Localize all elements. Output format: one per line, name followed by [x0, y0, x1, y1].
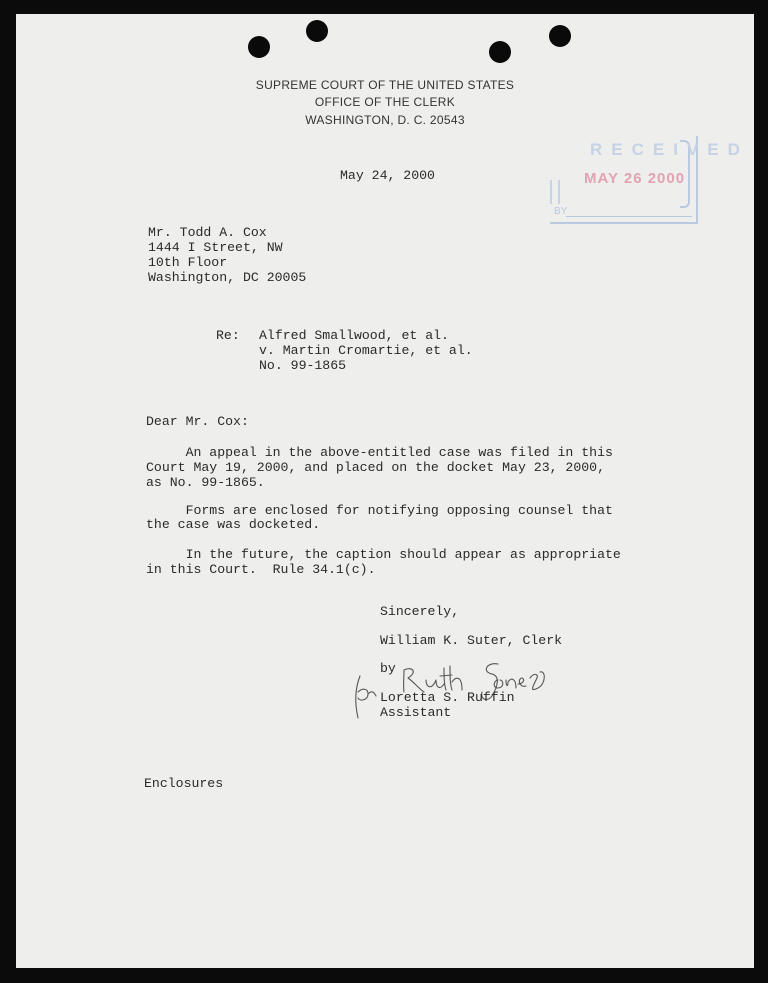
salutation: Dear Mr. Cox: [146, 414, 249, 429]
re-line-2: v. Martin Cromartie, et al. [259, 343, 473, 358]
valediction: Sincerely, [380, 604, 459, 619]
paragraph-line: An appeal in the above-entitled case was… [146, 445, 613, 460]
enclosures-note: Enclosures [144, 776, 223, 791]
re-label: Re: [216, 328, 240, 343]
letterhead-court: SUPREME COURT OF THE UNITED STATES [16, 78, 754, 92]
paragraph-line: in this Court. Rule 34.1(c). [146, 562, 376, 577]
punch-hole [306, 20, 328, 42]
recipient-city: Washington, DC 20005 [148, 270, 306, 285]
stamp-by-line [566, 216, 692, 217]
recipient-floor: 10th Floor [148, 255, 227, 270]
recipient-street: 1444 I Street, NW [148, 240, 283, 255]
paragraph-line: Court May 19, 2000, and placed on the do… [146, 460, 605, 475]
letterhead-office: OFFICE OF THE CLERK [16, 95, 754, 109]
punch-hole [489, 41, 511, 63]
paragraph-line: as No. 99-1865. [146, 475, 265, 490]
re-line-3: No. 99-1865 [259, 358, 346, 373]
punch-hole [248, 36, 270, 58]
stamp-title: RECEIVED [590, 140, 749, 160]
paragraph-line: the case was docketed. [146, 517, 320, 532]
received-stamp: RECEIVED MAY 26 2000 BY [550, 136, 698, 224]
recipient-name: Mr. Todd A. Cox [148, 225, 267, 240]
re-line-1: Alfred Smallwood, et al. [259, 328, 449, 343]
paragraph-line: In the future, the caption should appear… [146, 547, 621, 562]
assistant-name: Loretta S. Ruffin [380, 690, 515, 705]
paragraph-line: Forms are enclosed for notifying opposin… [146, 503, 613, 518]
letter-date: May 24, 2000 [340, 168, 435, 183]
stamp-date: MAY 26 2000 [584, 170, 685, 187]
letterhead-address: WASHINGTON, D. C. 20543 [16, 113, 754, 127]
punch-hole [549, 25, 571, 47]
signer-name: William K. Suter, Clerk [380, 633, 562, 648]
letter-page: SUPREME COURT OF THE UNITED STATES OFFIC… [16, 14, 754, 968]
stamp-mark [550, 180, 560, 204]
assistant-title: Assistant [380, 705, 451, 720]
